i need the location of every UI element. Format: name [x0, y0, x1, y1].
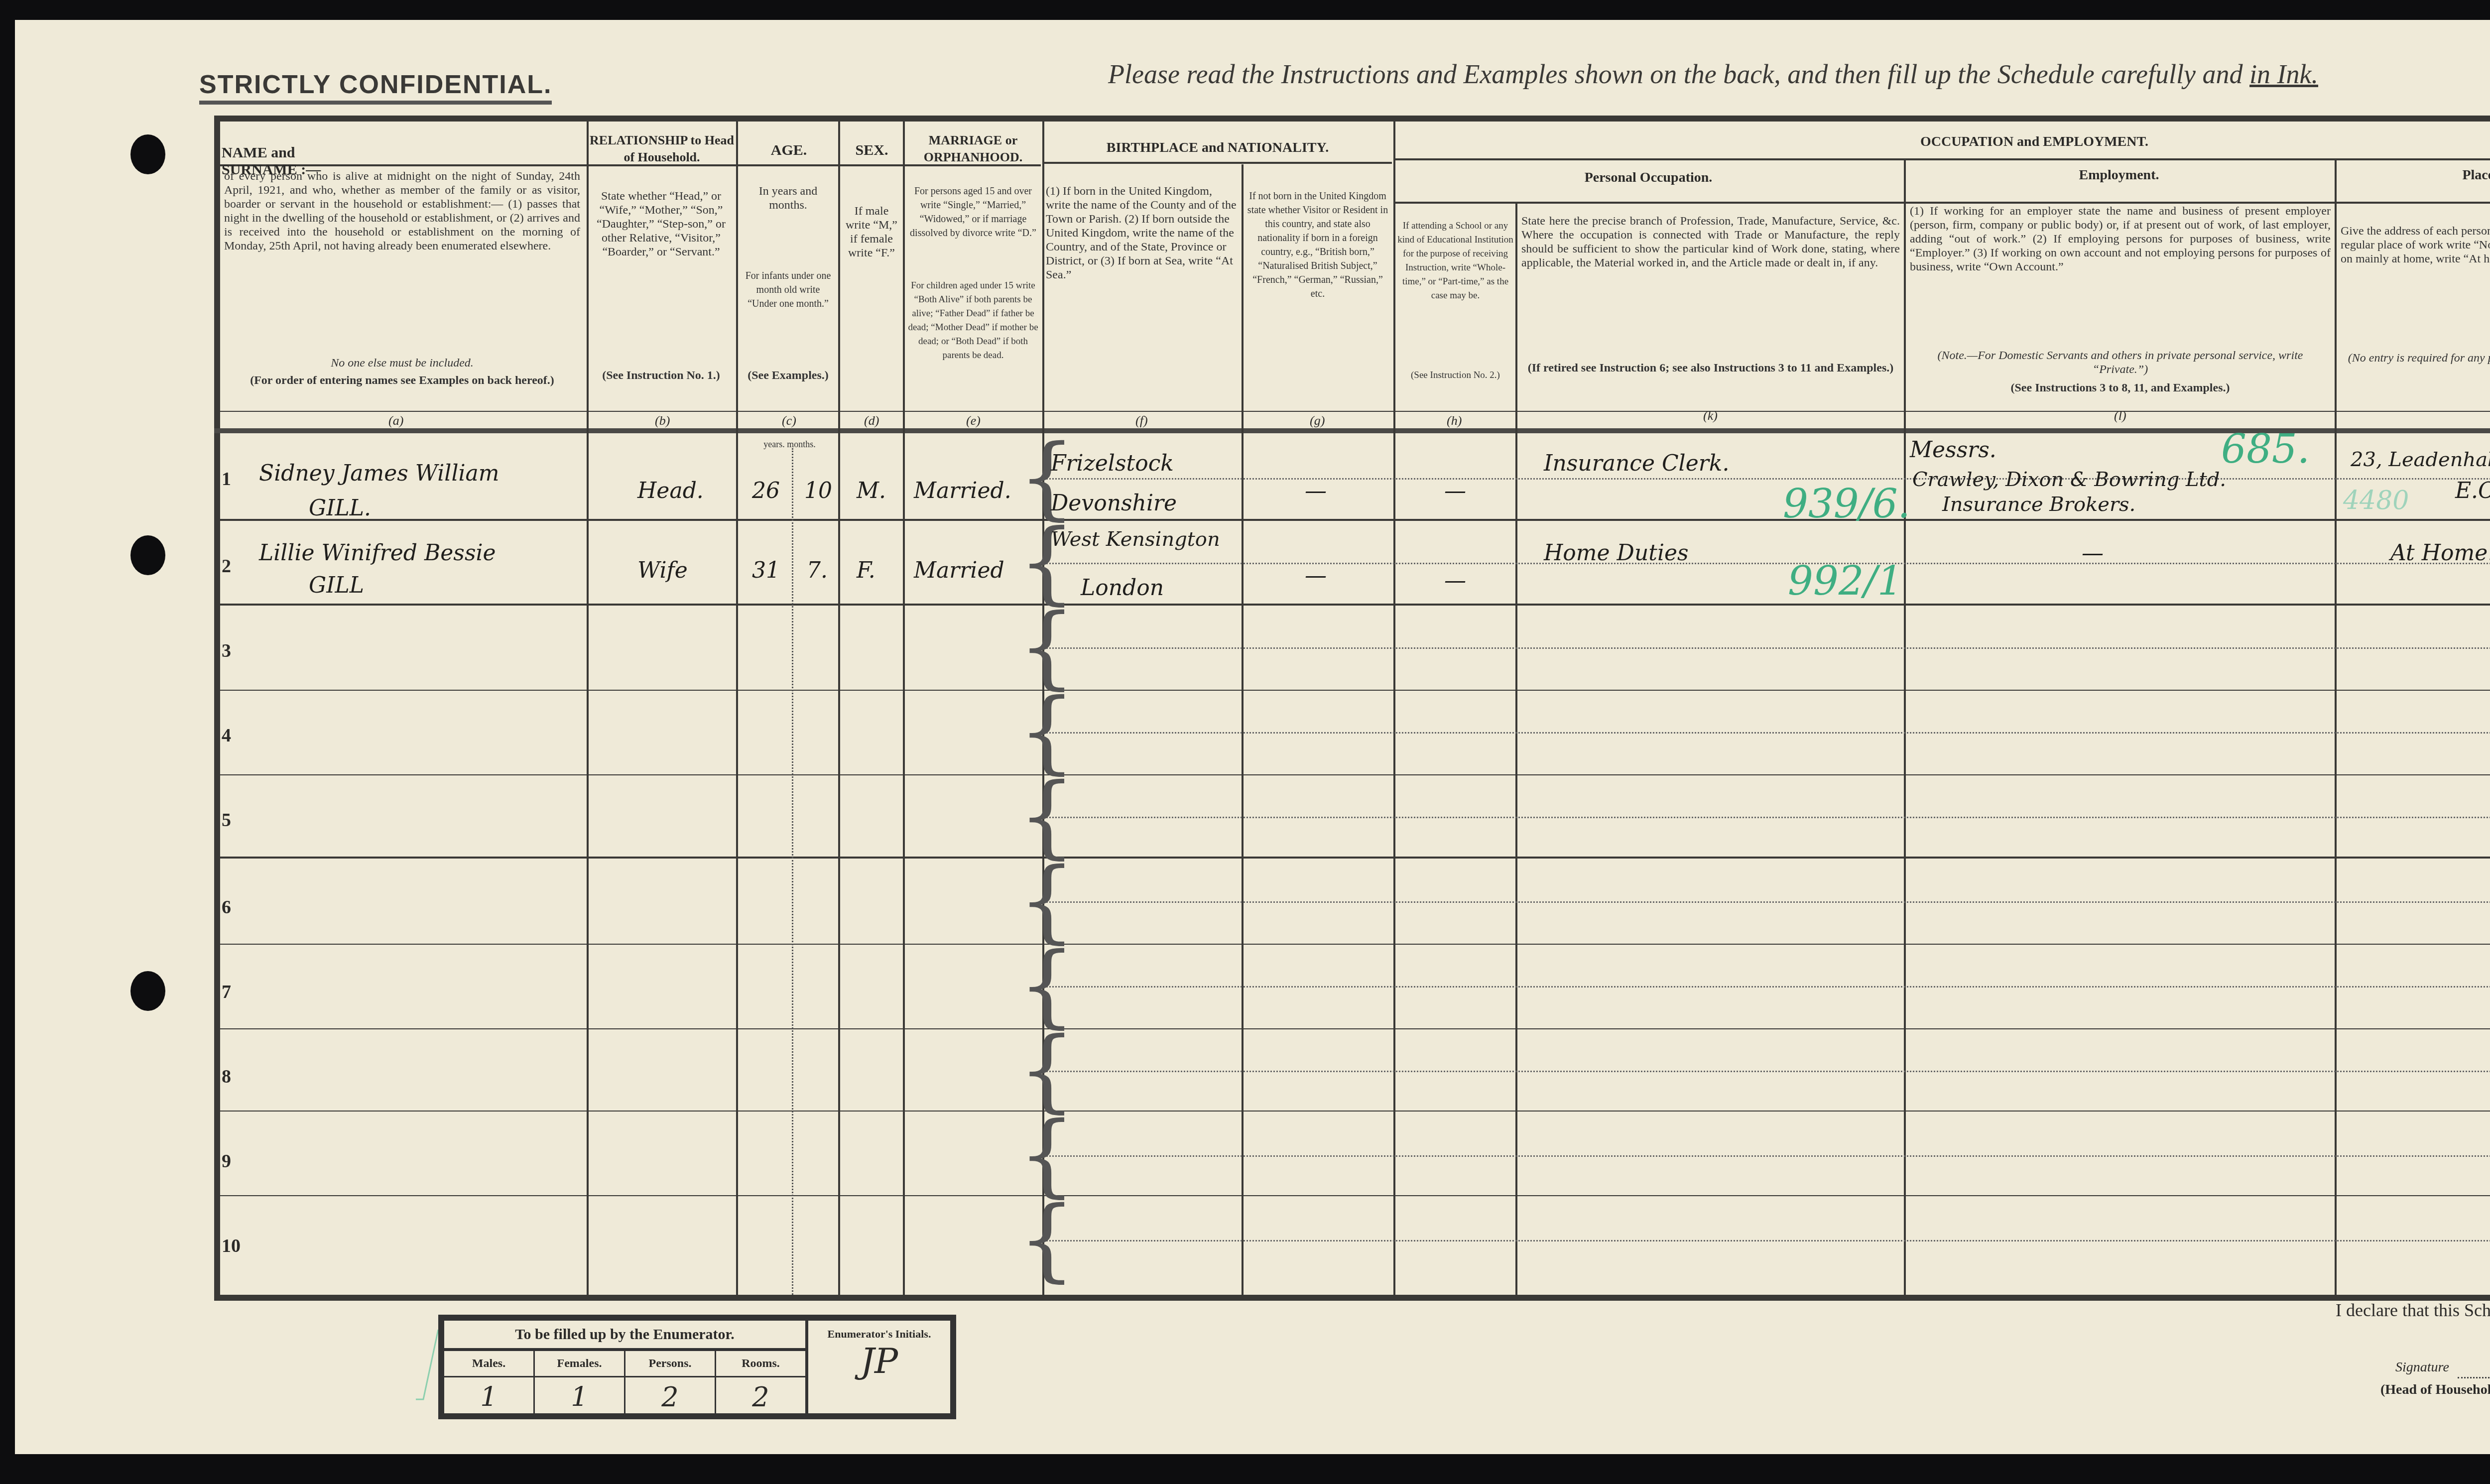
person-2-birthplace-town[interactable]: West Kensington	[1051, 528, 1220, 551]
person-2-occupation-code: 992/1	[1788, 558, 1903, 604]
person-1-birthplace-county[interactable]: Devonshire	[1051, 491, 1177, 516]
birthplace-brace: {	[1018, 1200, 1076, 1280]
rooms-count[interactable]: 2	[716, 1377, 805, 1417]
row-rule	[219, 1111, 2490, 1112]
col-b-title: RELATIONSHIP to Head of Household.	[588, 132, 736, 166]
col-d-instructions: If male write “M,” if female write “F.”	[842, 204, 901, 260]
rooms-header: Rooms.	[716, 1351, 805, 1376]
person-2-sex[interactable]: F.	[857, 558, 875, 583]
col-k-instructions: State here the precise branch of Profess…	[1521, 214, 1900, 270]
person-1-surname[interactable]: GILL.	[309, 495, 371, 521]
row-number: 9	[222, 1150, 231, 1172]
column-divider-k	[1904, 158, 1906, 1295]
col-l-letter: (l)	[2114, 408, 2126, 423]
person-1-sex[interactable]: M.	[857, 478, 886, 503]
col-l-note: (Note.—For Domestic Servants and others …	[1910, 349, 2331, 376]
person-1-forenames[interactable]: Sidney James William	[259, 461, 499, 486]
column-divider-a	[587, 120, 589, 1295]
column-divider-b	[736, 120, 738, 1295]
row-rule	[219, 604, 2490, 606]
row-number: 5	[222, 809, 231, 831]
punch-hole	[130, 971, 165, 1011]
birthplace-brace: {	[1018, 692, 1076, 772]
person-1-employer-code: 685.	[2221, 426, 2310, 472]
birthplace-brace: {	[1018, 862, 1076, 941]
col-m-instructions: Give the address of each person's place …	[2341, 224, 2490, 266]
punch-hole	[130, 134, 165, 174]
birthplace-brace: {	[1018, 1031, 1076, 1111]
col-e-letter: (e)	[966, 413, 981, 428]
col-k-letter: (k)	[1703, 408, 1718, 423]
person-2-occupation[interactable]: Home Duties	[1544, 540, 1689, 566]
enumerator-box-title: To be filled up by the Enumerator.	[444, 1321, 805, 1351]
header-bottom-rule	[214, 428, 2490, 433]
col-e-title: MARRIAGE or ORPHANHOOD.	[904, 132, 1042, 166]
col-a-note: No one else must be included.	[224, 356, 580, 370]
person-1-age-years[interactable]: 26	[752, 478, 780, 503]
row-rule	[219, 1195, 2490, 1196]
col-h-instructions: If attending a School or any kind of Edu…	[1397, 219, 1514, 303]
col-b-instructions: State whether “Head,” or “Wife,” “Mother…	[590, 189, 732, 259]
row-number: 3	[222, 640, 231, 662]
col-e-note: For children aged under 15 write “Both A…	[906, 279, 1040, 363]
row-dotted-rule	[1046, 563, 2490, 564]
birthplace-title-rule	[1043, 162, 1392, 164]
employment-title: Employment.	[1905, 167, 2333, 184]
person-1-workplace-district[interactable]: E.C.3.	[2455, 478, 2490, 503]
person-2-age-years[interactable]: 31	[752, 558, 780, 583]
signature-note: (Head of Household, Manager of Establish…	[2380, 1382, 2490, 1398]
row-dotted-rule	[1046, 1240, 2490, 1241]
age-years-months-divider	[792, 448, 793, 1295]
row-number: 6	[222, 896, 231, 918]
person-2-workplace[interactable]: At Home.	[2390, 540, 2490, 566]
column-divider-c	[838, 120, 840, 1295]
row-number: 8	[222, 1066, 231, 1088]
col-c-instructions: In years and months.	[742, 184, 834, 212]
person-2-surname[interactable]: GILL	[309, 573, 364, 598]
birthplace-brace: {	[1018, 946, 1076, 1026]
column-letter-rule	[214, 411, 2490, 412]
row-rule	[219, 944, 2490, 945]
person-2-employer[interactable]: —	[2082, 540, 2104, 566]
col-g-letter: (g)	[1310, 413, 1325, 428]
column-divider-g	[1393, 120, 1395, 1295]
row-number: 7	[222, 981, 231, 1003]
col-h-letter: (h)	[1447, 413, 1462, 428]
row-number: 4	[222, 725, 231, 746]
column-divider-l	[2335, 158, 2337, 1295]
col-l-examples: (See Instructions 3 to 8, 11, and Exampl…	[1910, 381, 2331, 395]
col-g-instructions: If not born in the United Kingdom state …	[1245, 189, 1390, 301]
person-1-relationship[interactable]: Head.	[637, 478, 704, 503]
row-dotted-rule	[1046, 986, 2490, 988]
col-c-examples: (See Examples.)	[742, 369, 834, 382]
row-number: 10	[222, 1235, 241, 1257]
row-dotted-rule	[1046, 478, 2490, 480]
person-1-education[interactable]: —	[1444, 478, 1466, 503]
birthplace-brace: {	[1018, 608, 1076, 687]
col-k-note: (If retired see Instruction 6; see also …	[1521, 361, 1900, 375]
row-dotted-rule	[1046, 1155, 2490, 1157]
col-d-letter: (d)	[864, 413, 879, 428]
row-rule	[219, 857, 2490, 859]
birthplace-brace: {	[1018, 777, 1076, 857]
signature-line[interactable]	[2458, 1377, 2490, 1378]
row-dotted-rule	[1046, 647, 2490, 649]
row-dotted-rule	[1046, 1071, 2490, 1072]
col-f-letter: (f)	[1135, 413, 1148, 428]
col-c-title: AGE.	[740, 142, 838, 159]
row-dotted-rule	[1046, 732, 2490, 734]
person-2-education[interactable]: —	[1444, 568, 1466, 593]
declaration-text: I declare that this Schedule is correctl…	[2336, 1300, 2490, 1321]
signature-label: Signature	[2395, 1360, 2449, 1375]
persons-count[interactable]: 2	[625, 1377, 716, 1417]
person-1-workplace-code: 4480	[2343, 486, 2409, 515]
instructions-emphasis: in Ink.	[2249, 59, 2318, 89]
col-h-note: (See Instruction No. 2.)	[1397, 369, 1514, 382]
col-b-letter: (b)	[655, 413, 670, 428]
instructions-line: Please read the Instructions and Example…	[1108, 59, 2318, 90]
col-e-instructions: For persons aged 15 and over write “Sing…	[906, 184, 1040, 240]
birthplace-brace: {	[1018, 1115, 1076, 1195]
column-divider-f	[1242, 164, 1244, 1295]
person-2-birthplace-county[interactable]: London	[1081, 575, 1164, 601]
occupation-subtitle-rule	[1394, 202, 2490, 204]
row-rule	[219, 690, 2490, 691]
col-d-title: SEX.	[841, 142, 903, 159]
males-header: Males.	[444, 1351, 535, 1376]
instructions-text: Please read the Instructions and Example…	[1108, 59, 2243, 89]
column-divider-d	[903, 120, 905, 1295]
persons-header: Persons.	[625, 1351, 716, 1376]
females-count[interactable]: 1	[535, 1377, 625, 1417]
personal-occupation-title: Personal Occupation.	[1394, 169, 1902, 186]
occupation-title: OCCUPATION and EMPLOYMENT.	[1394, 133, 2490, 150]
row-rule	[219, 774, 2490, 775]
col-l-instructions: (1) If working for an employer state the…	[1910, 204, 2331, 274]
person-1-employer-line1[interactable]: Messrs.	[1910, 437, 1996, 463]
row-dotted-rule	[1046, 901, 2490, 903]
enumerator-initials-label: Enumerator's Initials.	[808, 1321, 950, 1341]
col-a-letter: (a)	[388, 413, 403, 428]
col-a-instructions: of every person who is alive at midnight…	[224, 169, 580, 253]
person-1-employer-line2[interactable]: Crawley, Dixon & Bowring Ltd.	[1912, 468, 2226, 491]
person-1-nationality[interactable]: —	[1305, 478, 1327, 503]
occupation-title-rule	[1394, 158, 2490, 160]
col-a-order-note: (For order of entering names see Example…	[224, 373, 580, 387]
row-number: 1	[222, 468, 231, 490]
person-2-nationality[interactable]: —	[1305, 563, 1327, 588]
age-subheader: years. months.	[741, 437, 838, 451]
females-header: Females.	[535, 1351, 625, 1376]
col-m-note: (No entry is required for any person who…	[2341, 351, 2490, 365]
person-2-age-months[interactable]: 7.	[807, 558, 828, 583]
person-2-relationship[interactable]: Wife	[637, 558, 688, 583]
confidential-heading: STRICTLY CONFIDENTIAL.	[199, 70, 552, 105]
row-dotted-rule	[1046, 817, 2490, 818]
col-c-note: For infants under one month old write “U…	[742, 269, 834, 311]
person-2-forenames[interactable]: Lillie Winifred Bessie	[259, 540, 496, 566]
person-1-occupation-code: 939/6.	[1783, 481, 1910, 527]
row-number: 2	[222, 555, 231, 577]
col-c-letter: (c)	[782, 413, 796, 428]
enumerator-initials-value[interactable]: JP	[808, 1341, 950, 1381]
col-b-note: (See Instruction No. 1.)	[590, 369, 732, 382]
person-1-birthplace-town[interactable]: Frizelstock	[1051, 451, 1174, 476]
birthplace-title: BIRTHPLACE and NATIONALITY.	[1043, 139, 1392, 156]
row-rule	[219, 519, 2490, 521]
person-1-workplace-street[interactable]: 23, Leadenhall Street	[2351, 448, 2490, 471]
row-rule	[219, 1028, 2490, 1029]
person-1-employer-line3[interactable]: Insurance Brokers.	[1942, 493, 2135, 516]
punch-hole	[130, 535, 165, 575]
person-1-occupation[interactable]: Insurance Clerk.	[1544, 451, 1729, 476]
place-of-work-title: Place of Work.	[2336, 167, 2490, 184]
enumerator-summary-box: To be filled up by the Enumerator. Males…	[438, 1315, 956, 1419]
column-divider-h	[1515, 202, 1517, 1295]
person-1-age-months[interactable]: 10	[804, 478, 832, 503]
person-2-marriage[interactable]: Married	[914, 558, 1004, 583]
males-count[interactable]: 1	[444, 1377, 535, 1417]
person-1-marriage[interactable]: Married.	[914, 478, 1011, 503]
col-f-instructions: (1) If born in the United Kingdom, write…	[1046, 184, 1238, 282]
